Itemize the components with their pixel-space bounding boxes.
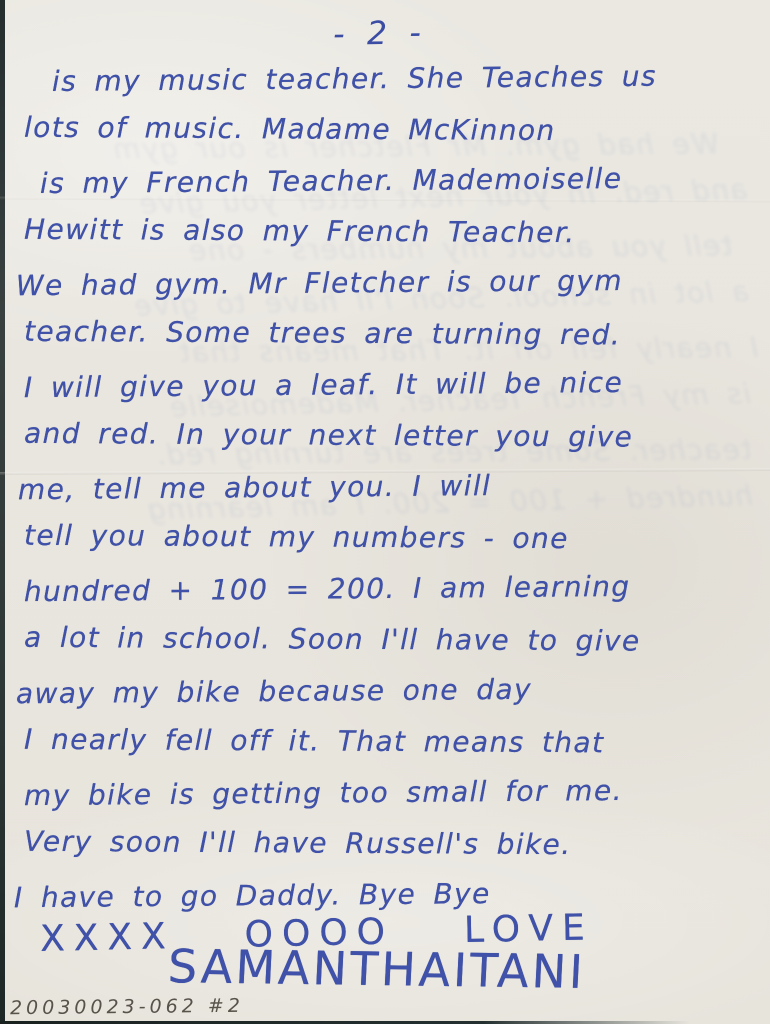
letter-page: - 2 - We had gym. Mr Fletcher is our gym… <box>0 0 770 1024</box>
page-number: - 2 - <box>0 7 760 58</box>
letter-line: teacher. Some trees are turning red. <box>14 315 764 371</box>
archive-id: 20030023-062 #2 <box>10 995 244 1019</box>
letter-line: lots of music. Madame McKinnon <box>14 111 764 167</box>
letter-line: I nearly fell off it. That means that <box>14 723 764 779</box>
letter-line: is my French Teacher. Mademoiselle <box>14 161 764 219</box>
scan-edge-left <box>0 0 5 1024</box>
signature: SAMANTHAITANI <box>167 939 587 999</box>
letter-line: Hewitt is also my French Teacher. <box>14 213 764 269</box>
letter-line: Very soon I'll have Russell's bike. <box>14 825 764 881</box>
letter-line: tell you about my numbers - one <box>14 519 764 575</box>
letter-line: me, tell me about you. I will <box>14 467 764 525</box>
letter-line: a lot in school. Soon I'll have to give <box>14 621 764 677</box>
letter-line: away my bike because one day <box>14 671 764 729</box>
letter-line: hundred + 100 = 200. I am learning <box>14 569 764 627</box>
letter-line: I will give you a leaf. It will be nice <box>14 365 764 423</box>
letter-line: and red. In your next letter you give <box>14 417 764 473</box>
letter-line: is my music teacher. She Teaches us <box>14 59 764 117</box>
letter-body: is my music teacher. She Teaches us lots… <box>14 62 764 929</box>
signoff-kisses: XXXX <box>40 916 175 960</box>
letter-line: We had gym. Mr Fletcher is our gym <box>14 263 764 321</box>
letter-line: my bike is getting too small for me. <box>14 773 764 831</box>
